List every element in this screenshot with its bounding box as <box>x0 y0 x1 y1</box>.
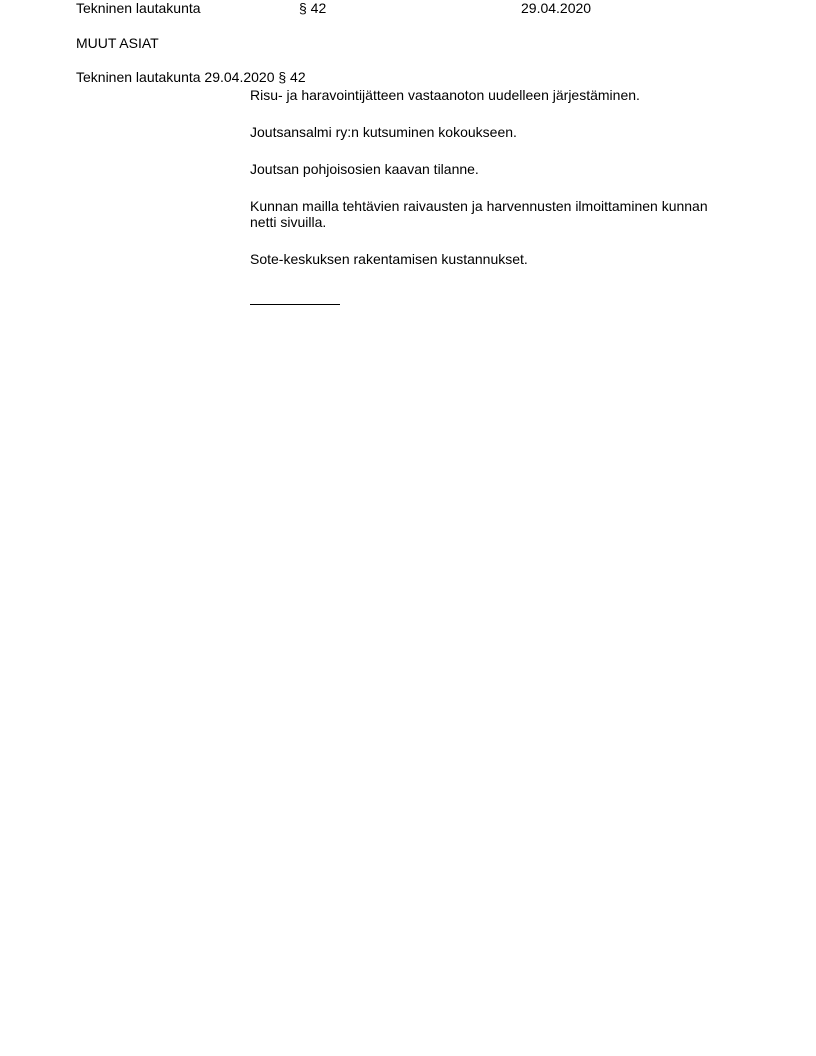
meeting-reference: Tekninen lautakunta 29.04.2020 § 42 <box>76 69 306 85</box>
agenda-item: Sote-keskuksen rakentamisen kustannukset… <box>250 251 730 267</box>
agenda-items-list: Risu- ja haravointijätteen vastaanoton u… <box>250 87 730 288</box>
agenda-item: Joutsansalmi ry:n kutsuminen kokoukseen. <box>250 124 730 140</box>
agenda-item: Kunnan mailla tehtävien raivausten ja ha… <box>250 198 730 230</box>
agenda-item: Joutsan pohjoisosien kaavan tilanne. <box>250 161 730 177</box>
header-section-number: § 42 <box>299 0 326 16</box>
header-date: 29.04.2020 <box>521 0 591 16</box>
agenda-item: Risu- ja haravointijätteen vastaanoton u… <box>250 87 730 103</box>
page-heading: MUUT ASIAT <box>76 35 159 51</box>
signature-line-divider <box>250 304 340 305</box>
header-board-name: Tekninen lautakunta <box>76 0 201 16</box>
